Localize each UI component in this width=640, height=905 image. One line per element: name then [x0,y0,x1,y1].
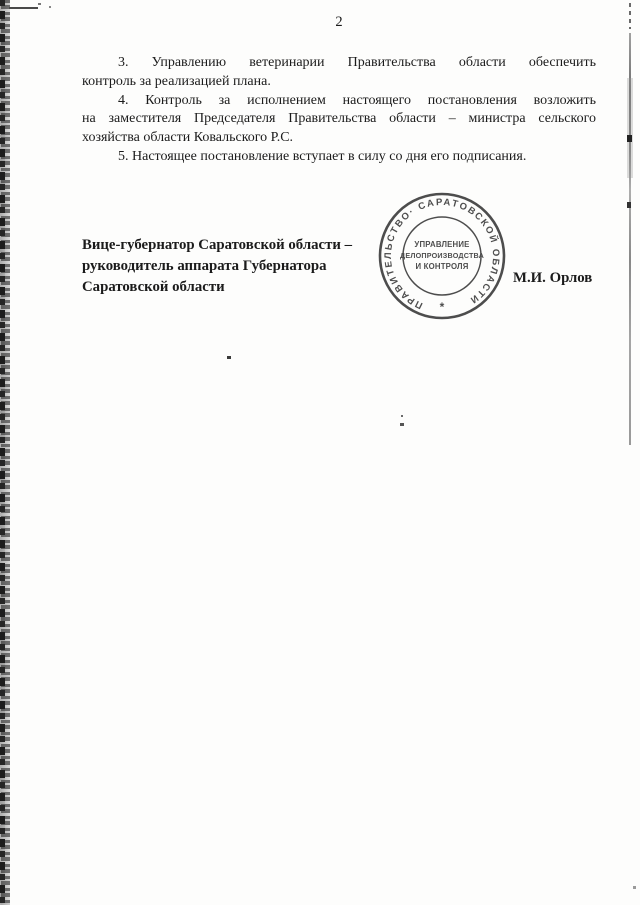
paragraph-line: 4. Контроль за исполнением настоящего по… [82,92,596,111]
scan-speck [633,886,636,889]
paragraph: 4. Контроль за исполнением настоящего по… [82,92,596,148]
scan-speck [49,6,51,8]
scan-speck [627,202,631,208]
paragraph: 3. Управлению ветеринарии Правительства … [82,54,596,92]
official-round-stamp: ПРАВИТЕЛЬСТВО· САРАТОВСКОЙ ОБЛАСТИ * УПР… [373,187,511,325]
stamp-graphic: ПРАВИТЕЛЬСТВО· САРАТОВСКОЙ ОБЛАСТИ * УПР… [380,194,504,318]
scan-artifact-left-strip [0,0,10,905]
signatory-title-line: Вице-губернатор Саратовской области – [82,235,392,256]
scan-speck [38,3,41,5]
stamp-center-line: ДЕЛОПРОИЗВОДСТВА [400,251,484,260]
paragraph-line: 3. Управлению ветеринарии Правительства … [82,54,596,73]
stamp-center-line: УПРАВЛЕНИЕ [414,240,469,249]
paragraph-line: контроль за реализацией плана. [82,73,596,92]
scan-speck [9,7,38,9]
scan-artifact-right-band [627,78,633,178]
signatory-title-line: руководитель аппарата Губернатора [82,256,392,277]
signatory-title: Вице-губернатор Саратовской области – ру… [82,235,392,298]
scan-speck [400,423,404,426]
paragraph-line: 5. Настоящее постановление вступает в си… [82,148,596,167]
scan-speck [227,356,231,359]
paragraph: 5. Настоящее постановление вступает в си… [82,148,596,167]
paragraph-line: хозяйства области Ковальского Р.С. [82,129,596,148]
page-number: 2 [82,14,596,31]
scan-speck [401,415,403,417]
signatory-title-line: Саратовской области [82,277,392,298]
stamp-center-line: И КОНТРОЛЯ [415,262,468,271]
document-body: 3. Управлению ветеринарии Правительства … [82,54,596,167]
scan-speck [627,135,632,142]
scanned-document-page: 2 3. Управлению ветеринарии Правительств… [0,0,640,905]
scan-artifact-right-dashes [629,3,631,29]
stamp-star: * [440,300,445,314]
paragraph-line: на заместителя Председателя Правительств… [82,110,596,129]
signatory-name: М.И. Орлов [513,270,592,287]
